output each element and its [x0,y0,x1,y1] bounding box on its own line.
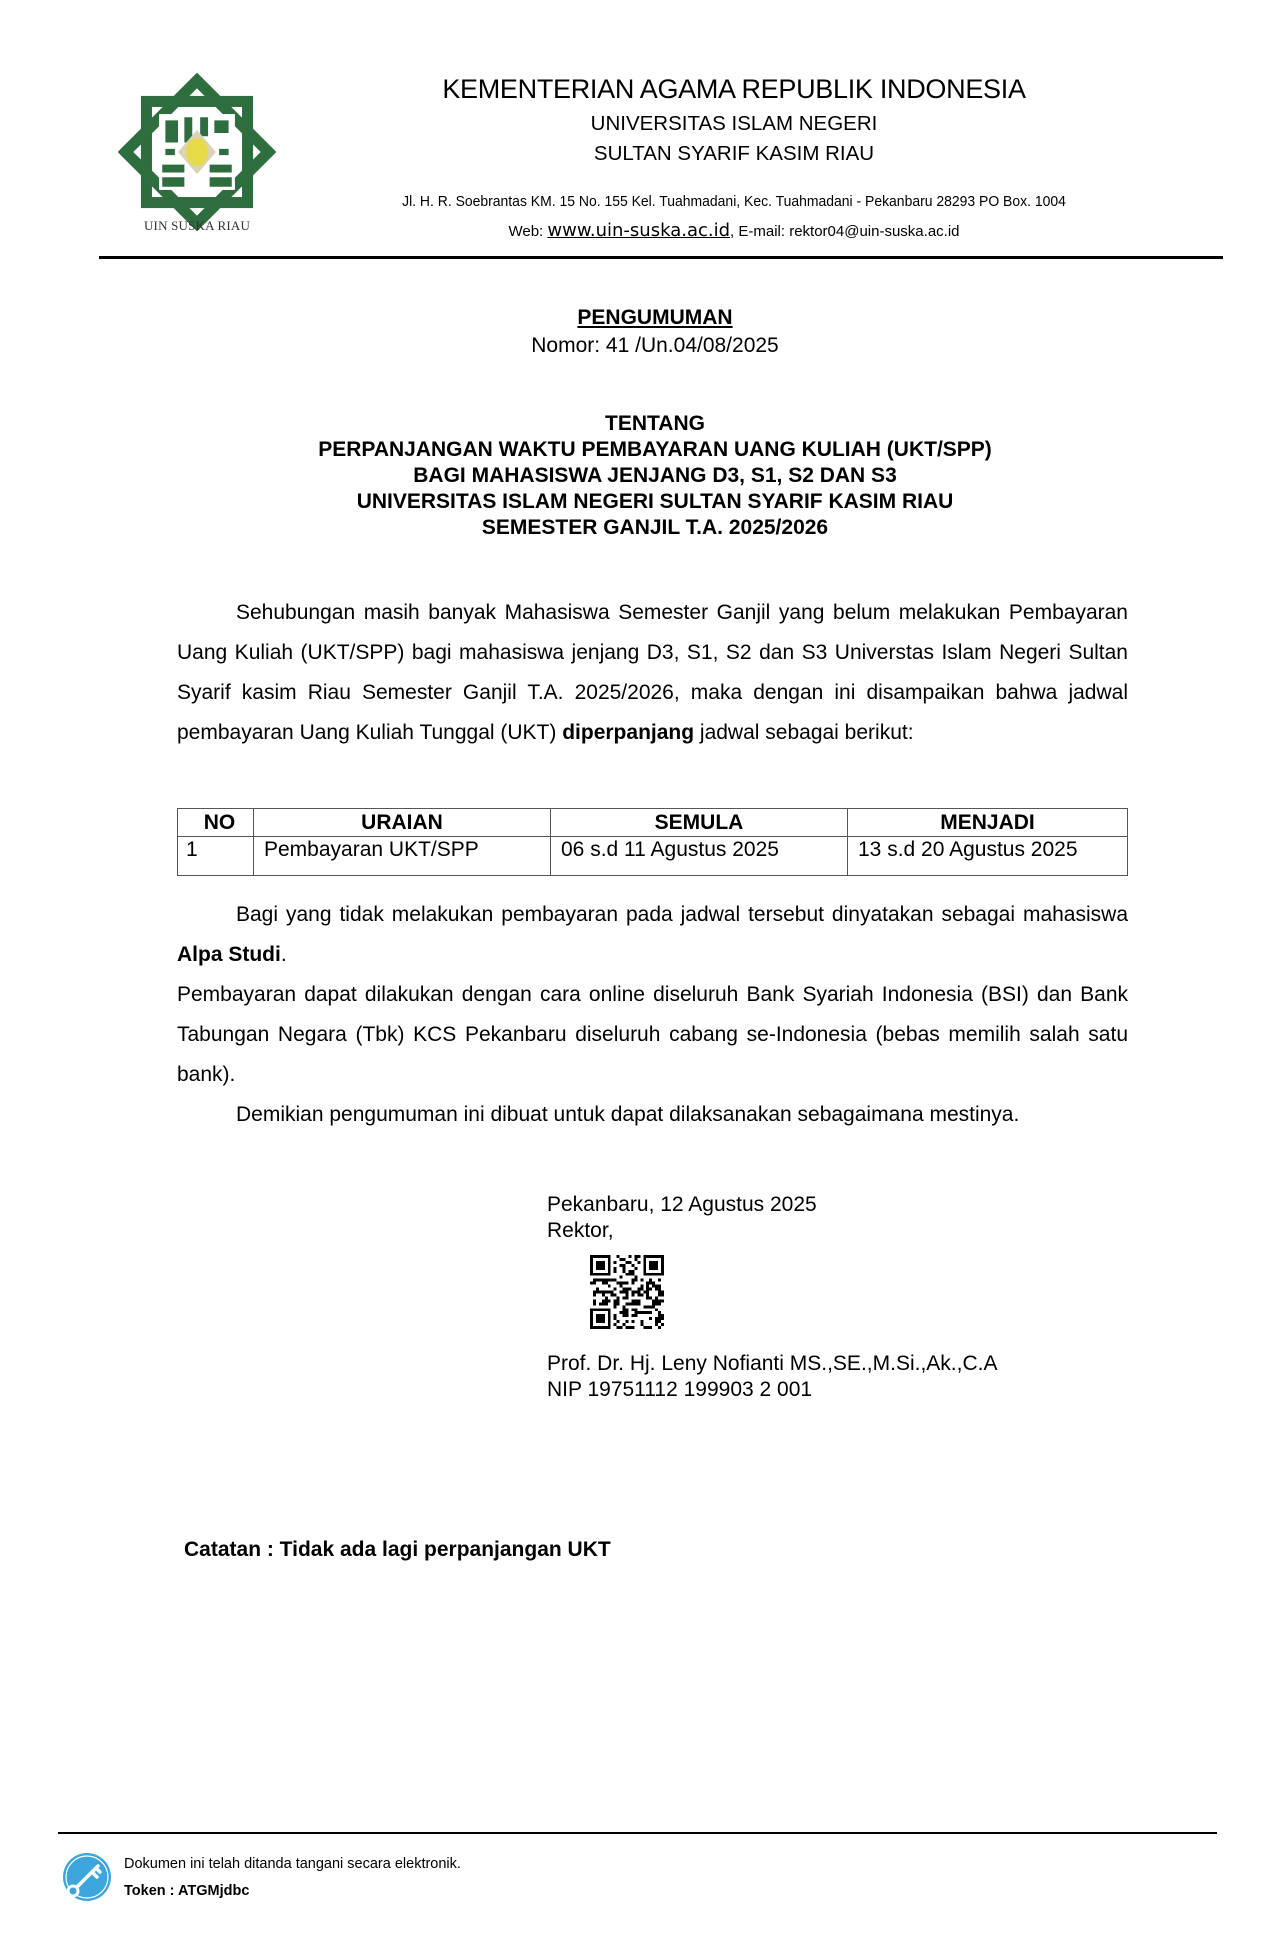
column-header-uraian: URAIAN [254,809,551,837]
esign-token: Token : ATGMjdbc [124,1883,249,1899]
body-paragraph-closing: Demikian pengumuman ini dibuat untuk dap… [177,1095,1128,1135]
ministry-name: KEMENTERIAN AGAMA REPUBLIK INDONESIA [300,74,1168,105]
header-divider [99,256,1223,259]
key-icon [62,1852,112,1902]
subject-line: PERPANJANGAN WAKTU PEMBAYARAN UANG KULIA… [170,438,1140,462]
table-header-row: NO URAIAN SEMULA MENJADI [178,809,1128,837]
body-paragraph-intro: Sehubungan masih banyak Mahasiswa Semest… [177,593,1128,753]
logo-caption: UIN SUSKA RIAU [100,218,294,234]
qr-code-icon [590,1255,664,1329]
university-name-line1: UNIVERSITAS ISLAM NEGERI [300,112,1168,136]
footer-divider [58,1832,1217,1834]
web-label: Web: [508,223,547,240]
column-header-menjadi: MENJADI [848,809,1128,837]
column-header-semula: SEMULA [551,809,848,837]
schedule-table: NO URAIAN SEMULA MENJADI 1 Pembayaran UK… [177,808,1128,876]
subject-line: UNIVERSITAS ISLAM NEGERI SULTAN SYARIF K… [170,490,1140,514]
body-paragraph-payment: Pembayaran dapat dilakukan dengan cara o… [177,975,1128,1095]
esign-notice: Dokumen ini telah ditanda tangani secara… [124,1856,461,1872]
note: Catatan : Tidak ada lagi perpanjangan UK… [184,1538,611,1562]
signature-role: Rektor, [547,1219,614,1243]
cell-menjadi: 13 s.d 20 Agustus 2025 [848,837,1128,876]
email-text: , E-mail: rektor04@uin-suska.ac.id [730,223,959,240]
signature-place-date: Pekanbaru, 12 Agustus 2025 [547,1193,817,1217]
cell-uraian: Pembayaran UKT/SPP [254,837,551,876]
table-row: 1 Pembayaran UKT/SPP 06 s.d 11 Agustus 2… [178,837,1128,876]
university-logo [118,72,276,232]
website-link[interactable]: www.uin-suska.ac.id [547,220,730,241]
cell-no: 1 [178,837,254,876]
document-number: Nomor: 41 /Un.04/08/2025 [170,334,1140,358]
subject-line: BAGI MAHASISWA JENJANG D3, S1, S2 DAN S3 [170,464,1140,488]
para-emphasis: Alpa Studi [177,943,281,966]
star-emblem-icon [125,80,268,223]
subject-line: TENTANG [170,412,1140,436]
address: Jl. H. R. Soebrantas KM. 15 No. 155 Kel.… [330,193,1137,210]
signatory-name: Prof. Dr. Hj. Leny Nofianti MS.,SE.,M.Si… [547,1352,997,1376]
para-emphasis: diperpanjang [562,721,694,744]
university-name-line2: SULTAN SYARIF KASIM RIAU [300,142,1168,166]
para-text: jadwal sebagai berikut: [694,721,913,744]
document-title: PENGUMUMAN [170,306,1140,330]
column-header-no: NO [178,809,254,837]
para-text: . [281,943,287,966]
body-paragraph-sanction: Bagi yang tidak melakukan pembayaran pad… [177,895,1128,975]
signatory-nip: NIP 19751112 199903 2 001 [547,1378,812,1402]
contact-line: Web: www.uin-suska.ac.id, E-mail: rektor… [300,220,1168,241]
subject-line: SEMESTER GANJIL T.A. 2025/2026 [170,516,1140,540]
cell-semula: 06 s.d 11 Agustus 2025 [551,837,848,876]
para-text: Bagi yang tidak melakukan pembayaran pad… [236,903,1128,926]
